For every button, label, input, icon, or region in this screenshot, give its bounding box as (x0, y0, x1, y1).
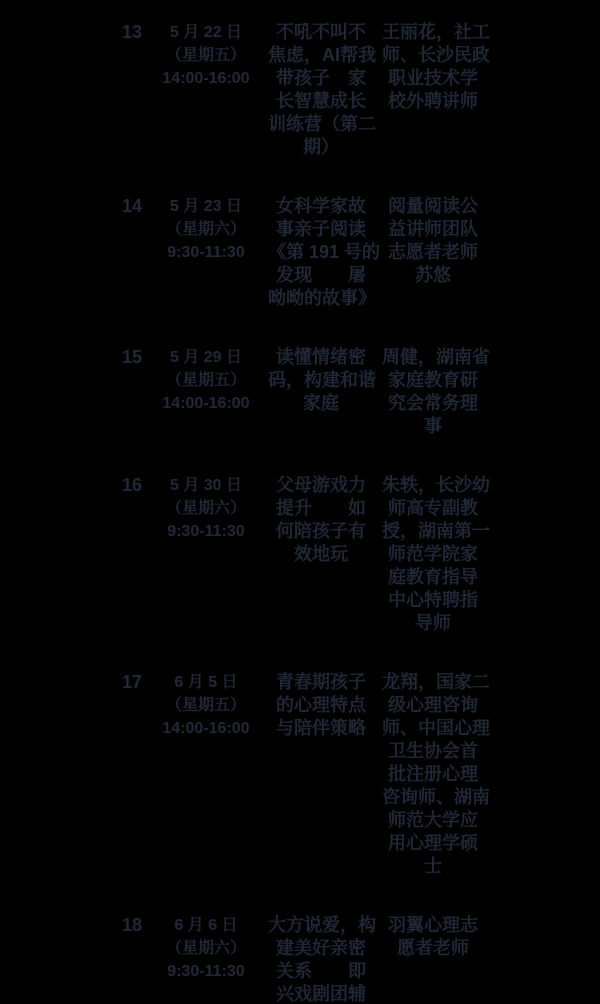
lecture-title-cell: 不吼不叫不 焦虑，AI帮我 带孩子 家 长智慧成长 训练营（第二 期） (268, 21, 374, 159)
table-row: 15 5 月 29 日 （星期五） 14:00-16:00 读懂情绪密 码，构建… (0, 346, 600, 438)
date-time-cell: 5 月 23 日 （星期六） 9:30-11:30 (156, 195, 256, 264)
table-row: 18 6 月 6 日 （星期六） 9:30-11:30 大方说爱，构 建美好亲密… (0, 914, 600, 1004)
speaker-cell: 羽翼心理志 愿者老师 (382, 914, 484, 960)
speaker-cell: 龙翔，国家二 级心理咨询 师、中国心理 卫生协会首 批注册心理 咨询师、湖南 师… (382, 671, 484, 878)
speaker-cell: 王丽花，社工 师、长沙民政 职业技术学 校外聘讲师 (382, 21, 484, 113)
date-time-cell: 6 月 6 日 （星期六） 9:30-11:30 (156, 914, 256, 983)
row-number: 18 (112, 914, 152, 937)
lecture-title-cell: 大方说爱，构 建美好亲密 关系 即 兴戏剧团辅 (268, 914, 374, 1004)
table-row: 16 5 月 30 日 （星期六） 9:30-11:30 父母游戏力 提升 如 … (0, 474, 600, 635)
row-number: 16 (112, 474, 152, 497)
row-number: 14 (112, 195, 152, 218)
speaker-cell: 朱轶，长沙幼 师高专副教 授，湖南第一 师范学院家 庭教育指导 中心特聘指 导师 (382, 474, 484, 635)
lecture-title-cell: 父母游戏力 提升 如 何陪孩子有 效地玩 (268, 474, 374, 566)
lecture-title-cell: 女科学家故 事亲子阅读 《第 191 号的 发现 屠 呦呦的故事》 (268, 195, 374, 310)
schedule-document: 13 5 月 22 日 （星期五） 14:00-16:00 不吼不叫不 焦虑，A… (0, 0, 600, 1004)
date-time-cell: 5 月 22 日 （星期五） 14:00-16:00 (156, 21, 256, 90)
date-time-cell: 5 月 30 日 （星期六） 9:30-11:30 (156, 474, 256, 543)
speaker-cell: 阅量阅读公 益讲师团队 志愿者老师 苏悠 (382, 195, 484, 287)
table-row: 17 6 月 5 日 （星期五） 14:00-16:00 青春期孩子 的心理特点… (0, 671, 600, 878)
row-number: 17 (112, 671, 152, 694)
table-row: 14 5 月 23 日 （星期六） 9:30-11:30 女科学家故 事亲子阅读… (0, 195, 600, 310)
date-time-cell: 6 月 5 日 （星期五） 14:00-16:00 (156, 671, 256, 740)
speaker-cell: 周健，湖南省 家庭教育研 究会常务理 事 (382, 346, 484, 438)
date-time-cell: 5 月 29 日 （星期五） 14:00-16:00 (156, 346, 256, 415)
table-row: 13 5 月 22 日 （星期五） 14:00-16:00 不吼不叫不 焦虑，A… (0, 21, 600, 159)
row-number: 13 (112, 21, 152, 44)
row-number: 15 (112, 346, 152, 369)
lecture-title-cell: 青春期孩子 的心理特点 与陪伴策略 (268, 671, 374, 740)
lecture-title-cell: 读懂情绪密 码，构建和谐 家庭 (268, 346, 374, 415)
